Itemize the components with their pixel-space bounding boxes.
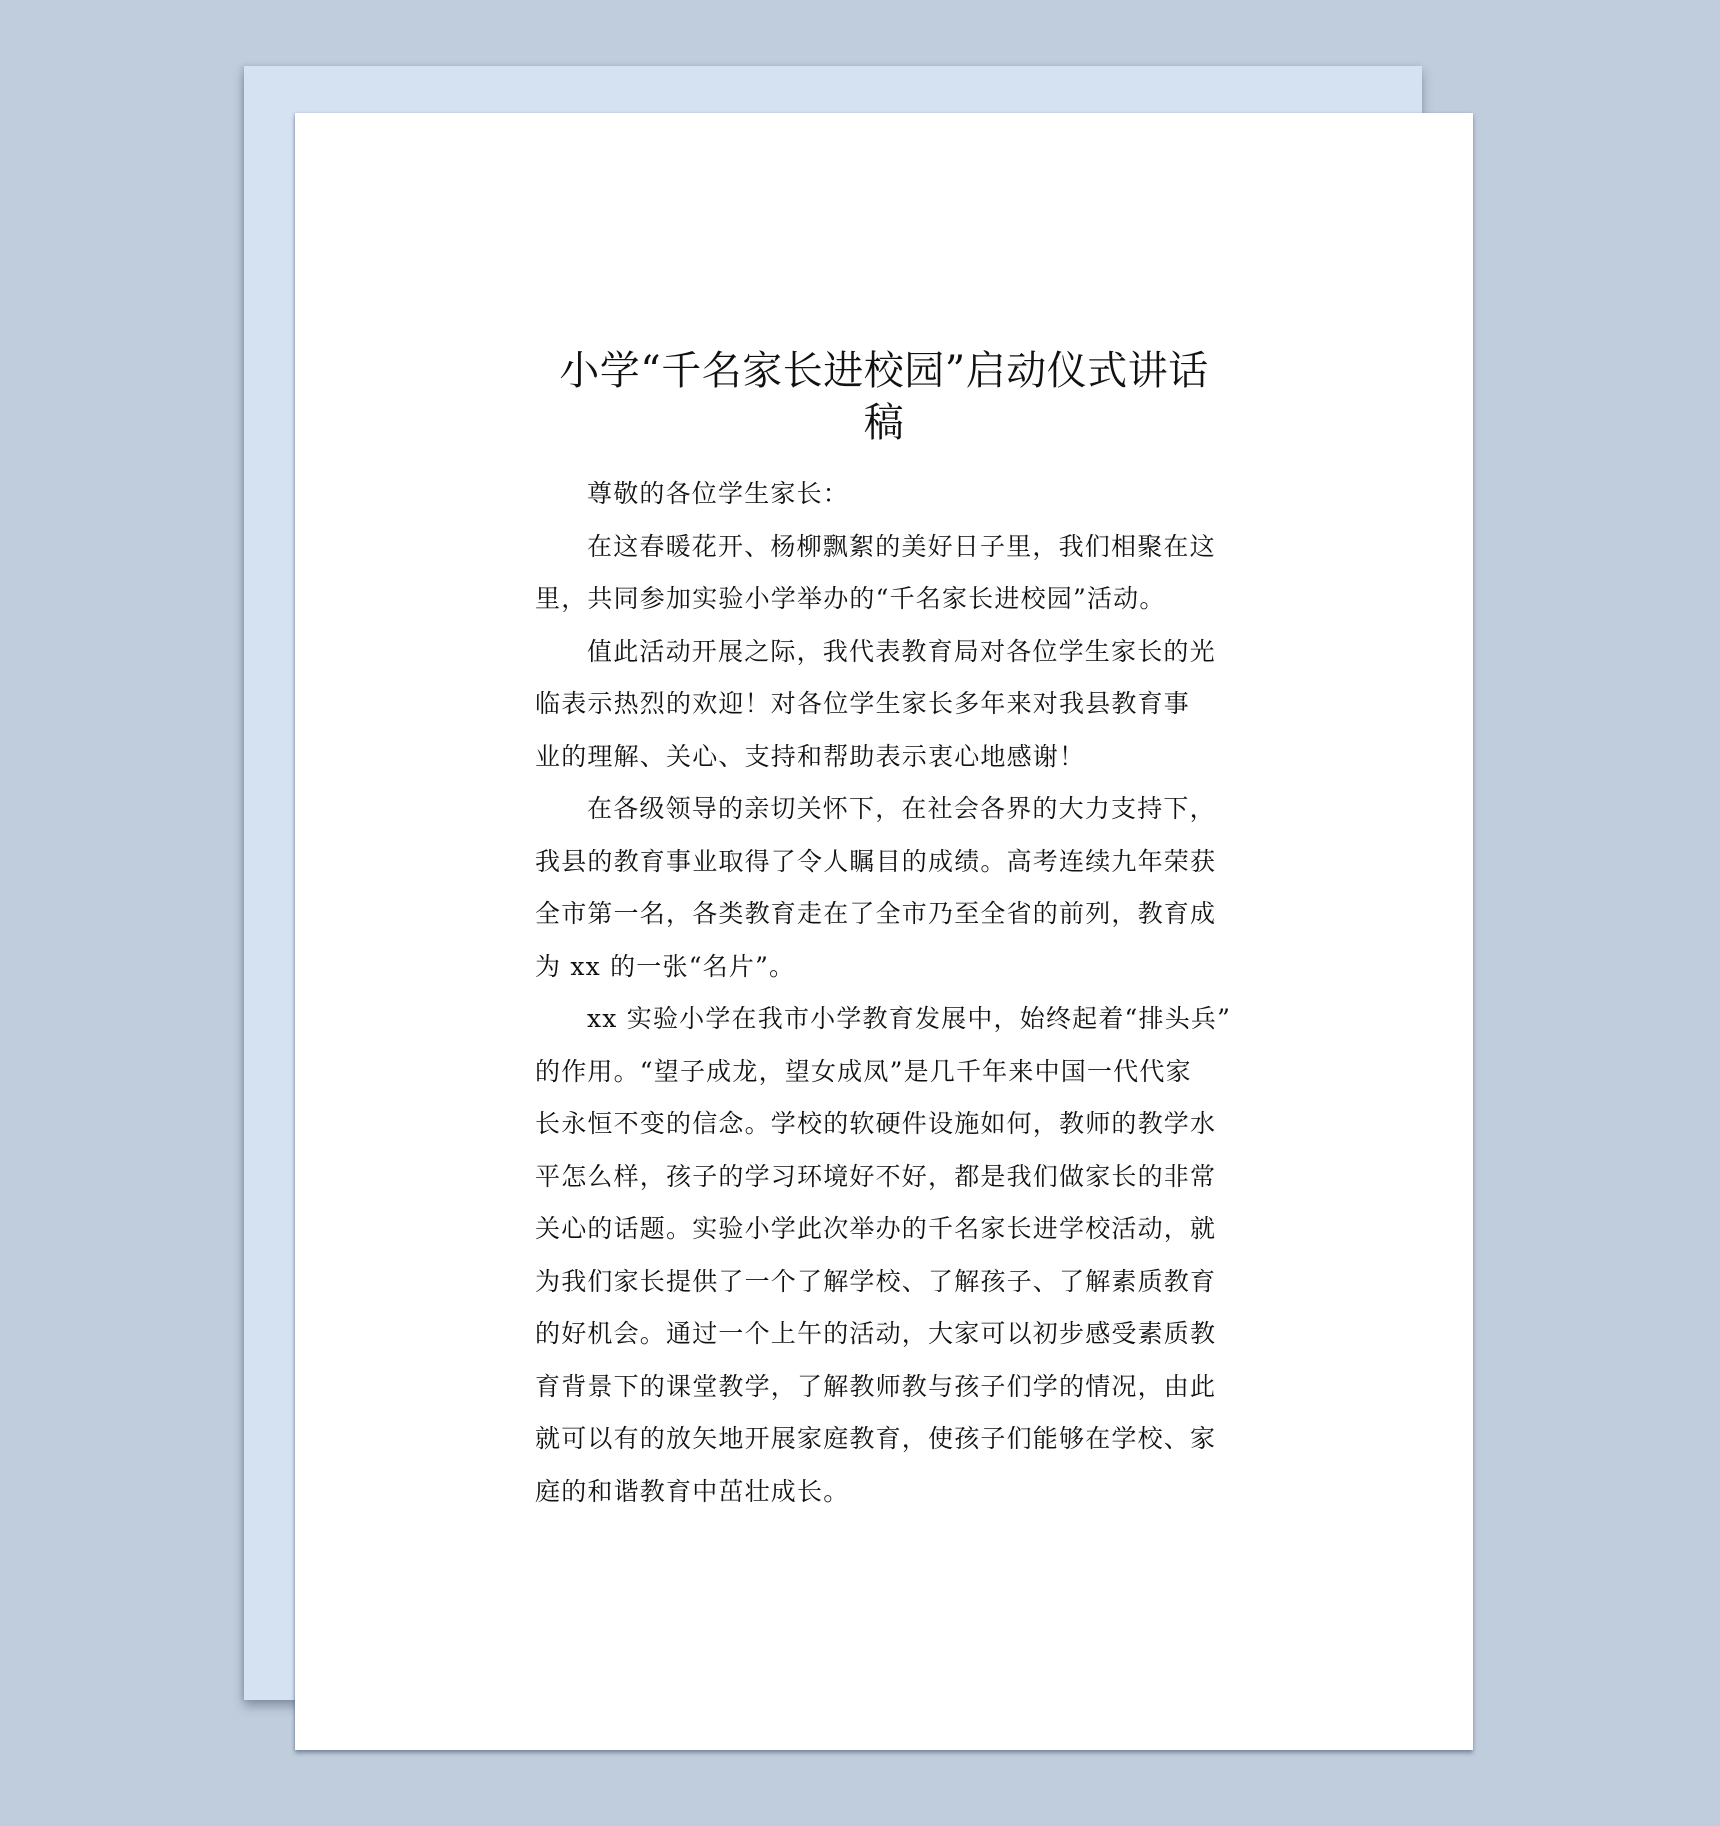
body-line: 临表示热烈的欢迎！对各位学生家长多年来对我县教育事	[535, 678, 1235, 731]
body-line: 育背景下的课堂教学，了解教师教与孩子们学的情况，由此	[535, 1361, 1235, 1414]
document-title: 小学“千名家长进校园”启动仪式讲话 稿	[295, 345, 1473, 449]
body-line: 关心的话题。实验小学此次举办的千名家长进学校活动，就	[535, 1203, 1235, 1256]
body-line: 的作用。“望子成龙，望女成凤”是几千年来中国一代代家	[535, 1046, 1235, 1099]
body-line: 在这春暖花开、杨柳飘絮的美好日子里，我们相聚在这	[535, 521, 1235, 574]
body-line: 庭的和谐教育中茁壮成长。	[535, 1466, 1235, 1519]
body-line: xx 实验小学在我市小学教育发展中，始终起着“排头兵”	[535, 993, 1235, 1046]
body-line: 在各级领导的亲切关怀下，在社会各界的大力支持下，	[535, 783, 1235, 836]
body-line: 业的理解、关心、支持和帮助表示衷心地感谢！	[535, 731, 1235, 784]
body-line: 的好机会。通过一个上午的活动，大家可以初步感受素质教	[535, 1308, 1235, 1361]
body-line: 全市第一名，各类教育走在了全市乃至全省的前列，教育成	[535, 888, 1235, 941]
greeting-line: 尊敬的各位学生家长：	[535, 468, 1235, 521]
body-line: 为 xx 的一张“名片”。	[535, 941, 1235, 994]
document-page: 小学“千名家长进校园”启动仪式讲话 稿 尊敬的各位学生家长： 在这春暖花开、杨柳…	[295, 113, 1473, 1750]
body-line: 里，共同参加实验小学举办的“千名家长进校园”活动。	[535, 573, 1235, 626]
title-line-2: 稿	[295, 397, 1473, 449]
body-line: 值此活动开展之际，我代表教育局对各位学生家长的光	[535, 626, 1235, 679]
body-line: 长永恒不变的信念。学校的软硬件设施如何，教师的教学水	[535, 1098, 1235, 1151]
body-line: 就可以有的放矢地开展家庭教育，使孩子们能够在学校、家	[535, 1413, 1235, 1466]
document-body: 尊敬的各位学生家长： 在这春暖花开、杨柳飘絮的美好日子里，我们相聚在这 里，共同…	[535, 468, 1235, 1518]
body-line: 平怎么样，孩子的学习环境好不好，都是我们做家长的非常	[535, 1151, 1235, 1204]
body-line: 我县的教育事业取得了令人瞩目的成绩。高考连续九年荣获	[535, 836, 1235, 889]
title-line-1: 小学“千名家长进校园”启动仪式讲话	[295, 345, 1473, 397]
body-line: 为我们家长提供了一个了解学校、了解孩子、了解素质教育	[535, 1256, 1235, 1309]
